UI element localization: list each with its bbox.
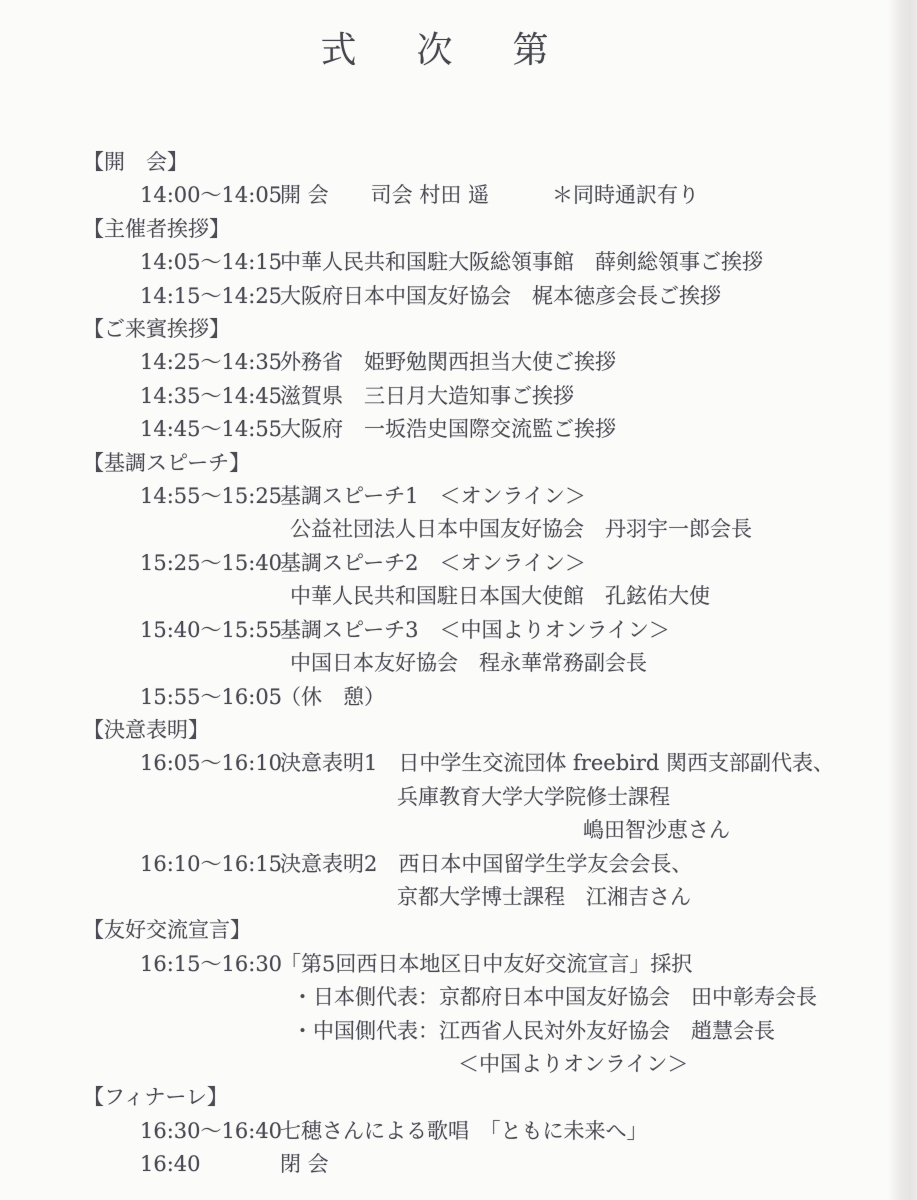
event-description: 決意表明1 日中学生交流団体 freebird 関西支部副代表、 [280, 751, 834, 775]
event-description: 滋賀県 三日月大造知事ご挨拶 [280, 384, 574, 408]
event-description: 外務省 姫野勉関西担当大使ご挨拶 [280, 350, 616, 374]
time-slot: 14:15～14:25 [140, 280, 280, 313]
event-description: 大阪府日本中国友好協会 梶本徳彦会長ご挨拶 [280, 284, 721, 308]
time-slot: 16:05～16:10 [140, 747, 280, 780]
event-description: 基調スピーチ3 ＜中国よりオンライン＞ [280, 618, 670, 642]
presenter-name-line: 嶋田智沙恵さん [0, 814, 917, 847]
section-heading-keynote-speeches: 【基調スピーチ】 [0, 447, 917, 480]
speaker-name-line: 中華人民共和国駐日本国大使館 孔鉉佑大使 [0, 580, 917, 613]
schedule-row: 15:55～16:05（休 憩） [0, 681, 917, 714]
time-slot: 14:45～14:55 [140, 413, 280, 446]
page-title: 式 次 第 [0, 0, 917, 75]
time-slot: 14:05～14:15 [140, 246, 280, 279]
schedule-row: 16:05～16:10決意表明1 日中学生交流団体 freebird 関西支部副… [0, 747, 917, 780]
section-opening: 【開 会】 14:00～14:05開 会 司会 村田 遥 ＊同時通訳有り [0, 146, 917, 213]
event-description: 閉 会 [280, 1152, 329, 1176]
speaker-name-line: 公益社団法人日本中国友好協会 丹羽宇一郎会長 [0, 513, 917, 546]
event-description: 開 会 司会 村田 遥 ＊同時通訳有り [280, 183, 699, 207]
time-slot: 14:00～14:05 [140, 179, 280, 212]
time-slot: 15:25～15:40 [140, 547, 280, 580]
bullet-representative-line: ・中国側代表：江西省人民対外友好協会 趙慧会長 [0, 1015, 917, 1048]
section-heading-resolutions: 【決意表明】 [0, 714, 917, 747]
event-description: 中華人民共和国駐大阪総領事館 薛剣総領事ご挨拶 [280, 250, 763, 274]
schedule-row: 14:55～15:25基調スピーチ1 ＜オンライン＞ [0, 480, 917, 513]
time-slot: 14:25～14:35 [140, 346, 280, 379]
event-description: （休 憩） [280, 685, 385, 709]
schedule-row: 14:05～14:15中華人民共和国駐大阪総領事館 薛剣総領事ご挨拶 [0, 246, 917, 279]
schedule-row: 16:40閉 会 [0, 1148, 917, 1181]
affiliation-line: 兵庫教育大学大学院修士課程 [0, 781, 917, 814]
time-slot: 14:35～14:45 [140, 380, 280, 413]
schedule-row: 14:15～14:25大阪府日本中国友好協会 梶本徳彦会長ご挨拶 [0, 280, 917, 313]
schedule-row: 16:15～16:30「第5回西日本地区日中友好交流宣言」採択 [0, 948, 917, 981]
event-description: 決意表明2 西日本中国留学生学友会会長、 [280, 852, 692, 876]
section-heading-friendship-declaration: 【友好交流宣言】 [0, 914, 917, 947]
schedule-row: 15:25～15:40基調スピーチ2 ＜オンライン＞ [0, 547, 917, 580]
schedule-row: 16:30～16:40七穂さんによる歌唱 「ともに未来へ」 [0, 1115, 917, 1148]
event-description: 基調スピーチ2 ＜オンライン＞ [280, 551, 586, 575]
ceremony-program-page: 式 次 第 【開 会】 14:00～14:05開 会 司会 村田 遥 ＊同時通訳… [0, 0, 917, 1200]
time-slot: 16:15～16:30 [140, 948, 280, 981]
time-slot: 15:40～15:55 [140, 614, 280, 647]
time-slot: 16:30～16:40 [140, 1115, 280, 1148]
speaker-name-line: 中国日本友好協会 程永華常務副会長 [0, 647, 917, 680]
section-keynote-speeches: 【基調スピーチ】 14:55～15:25基調スピーチ1 ＜オンライン＞ 公益社団… [0, 447, 917, 714]
section-heading-guest-greetings: 【ご来賓挨拶】 [0, 313, 917, 346]
schedule-row: 14:00～14:05開 会 司会 村田 遥 ＊同時通訳有り [0, 179, 917, 212]
schedule-row: 16:10～16:15決意表明2 西日本中国留学生学友会会長、 [0, 848, 917, 881]
section-organizer-greetings: 【主催者挨拶】 14:05～14:15中華人民共和国駐大阪総領事館 薛剣総領事ご… [0, 213, 917, 313]
schedule-row: 14:25～14:35外務省 姫野勉関西担当大使ご挨拶 [0, 346, 917, 379]
section-finale: 【フィナーレ】 16:30～16:40七穂さんによる歌唱 「ともに未来へ」 16… [0, 1081, 917, 1181]
section-heading-organizer-greetings: 【主催者挨拶】 [0, 213, 917, 246]
event-description: 「第5回西日本地区日中友好交流宣言」採択 [280, 952, 692, 976]
section-resolutions: 【決意表明】 16:05～16:10決意表明1 日中学生交流団体 freebir… [0, 714, 917, 914]
section-heading-finale: 【フィナーレ】 [0, 1081, 917, 1114]
time-slot: 16:40 [140, 1148, 280, 1181]
section-friendship-declaration: 【友好交流宣言】 16:15～16:30「第5回西日本地区日中友好交流宣言」採択… [0, 914, 917, 1081]
section-heading-opening: 【開 会】 [0, 146, 917, 179]
schedule-row: 14:35～14:45滋賀県 三日月大造知事ご挨拶 [0, 380, 917, 413]
time-slot: 16:10～16:15 [140, 848, 280, 881]
time-slot: 15:55～16:05 [140, 681, 280, 714]
event-description: 大阪府 一坂浩史国際交流監ご挨拶 [280, 417, 616, 441]
schedule-row: 15:40～15:55基調スピーチ3 ＜中国よりオンライン＞ [0, 614, 917, 647]
event-description: 七穂さんによる歌唱 「ともに未来へ」 [280, 1119, 648, 1143]
time-slot: 14:55～15:25 [140, 480, 280, 513]
online-note-line: ＜中国よりオンライン＞ [0, 1048, 917, 1081]
schedule-row: 14:45～14:55大阪府 一坂浩史国際交流監ご挨拶 [0, 413, 917, 446]
section-guest-greetings: 【ご来賓挨拶】 14:25～14:35外務省 姫野勉関西担当大使ご挨拶 14:3… [0, 313, 917, 447]
affiliation-line: 京都大学博士課程 江湘吉さん [0, 881, 917, 914]
bullet-representative-line: ・日本側代表：京都府日本中国友好協会 田中彰寿会長 [0, 981, 917, 1014]
program-schedule: 【開 会】 14:00～14:05開 会 司会 村田 遥 ＊同時通訳有り 【主催… [0, 146, 917, 1182]
event-description: 基調スピーチ1 ＜オンライン＞ [280, 484, 586, 508]
